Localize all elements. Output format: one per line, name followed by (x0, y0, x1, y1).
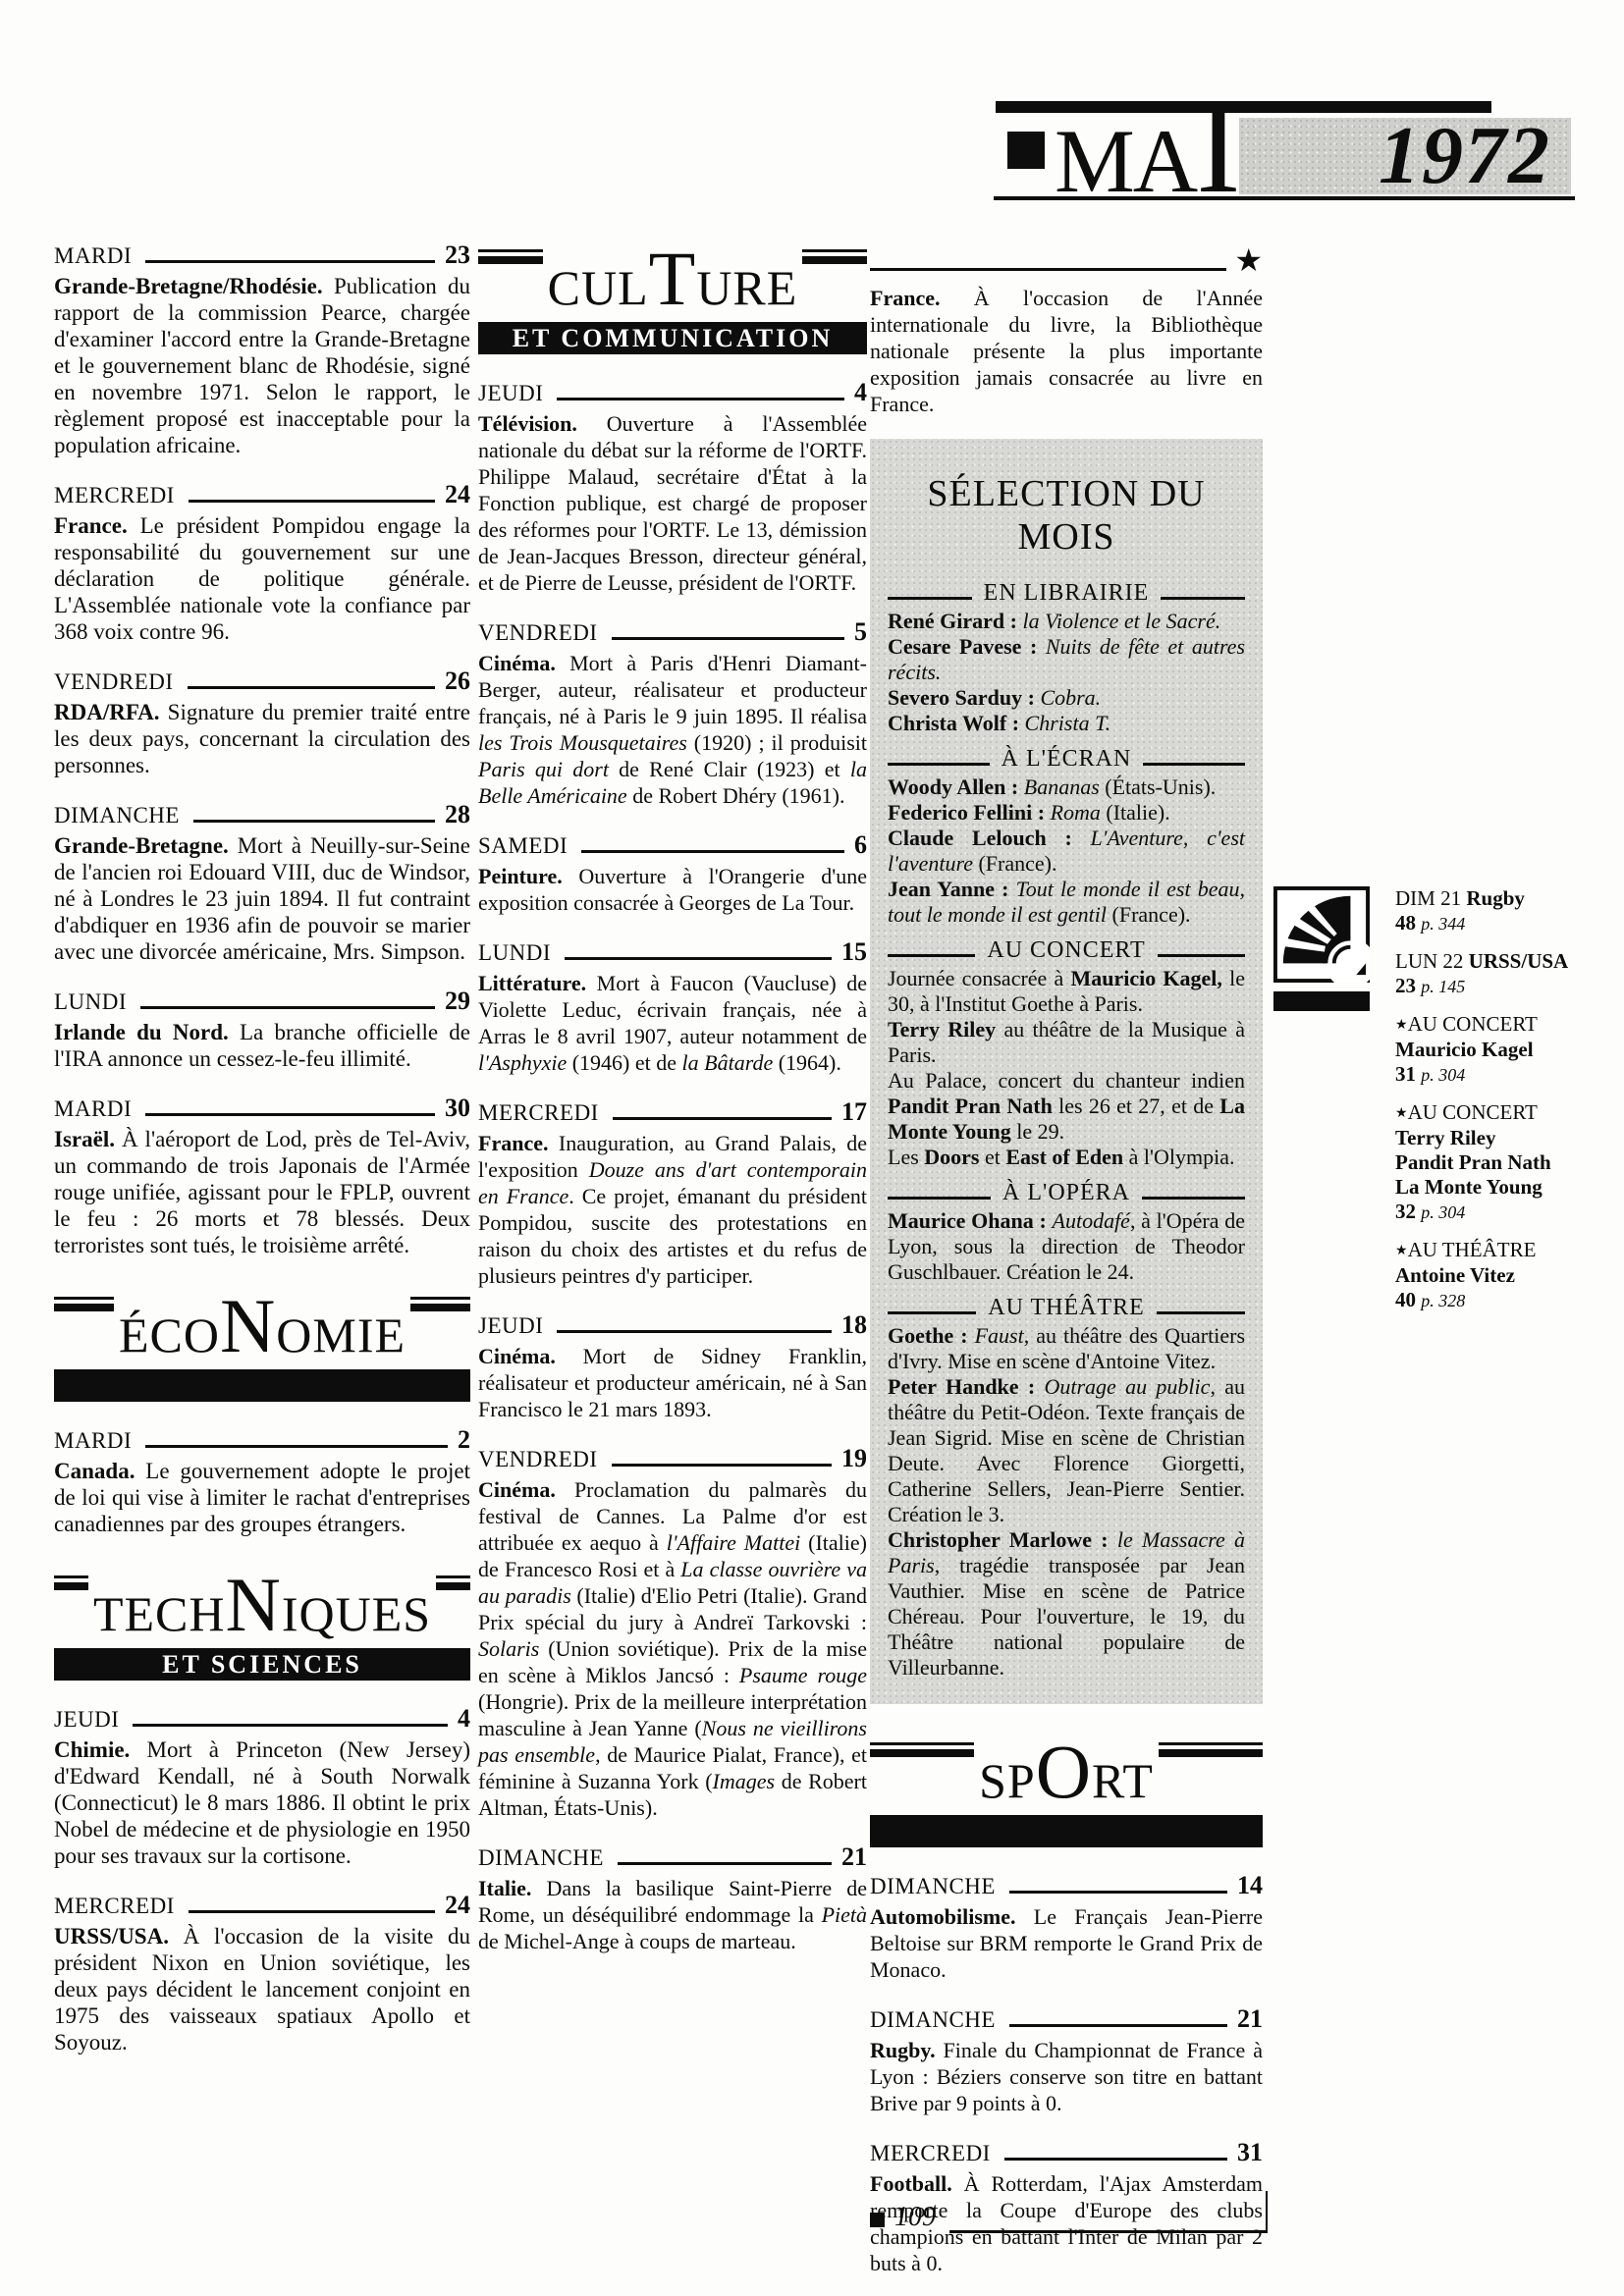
day-rule (145, 1445, 448, 1448)
selection-group-rule-right (1161, 597, 1245, 600)
month-title: MAI (1055, 147, 1241, 187)
day-name: MARDI (54, 243, 132, 269)
section-title-post: IQUES (282, 1586, 431, 1641)
highlight-entry-header: ★ (870, 243, 1263, 277)
day-rule (1004, 2158, 1227, 2161)
day-name: DIMANCHE (478, 1845, 604, 1871)
day-number: 31 (1237, 2138, 1263, 2167)
day-rule (189, 500, 435, 503)
selection-group-heading: À L'OPÉRA (888, 1180, 1245, 1206)
day-entry-header: MERCREDI31 (870, 2138, 1263, 2167)
day-name: DIMANCHE (870, 1874, 996, 1899)
day-entry-header: VENDREDI19 (478, 1444, 867, 1473)
month-title-big-letter: I (1196, 74, 1240, 221)
selection-item: Maurice Ohana : Autodafé, à l'Opéra de L… (888, 1208, 1245, 1285)
day-entry: JEUDI18Cinéma. Mort de Sidney Franklin, … (478, 1310, 867, 1422)
selection-group-label: À L'OPÉRA (1002, 1180, 1130, 1206)
margin-sidebar: DIM 21 Rugby48 p. 344LUN 22 URSS/USA23 p… (1273, 886, 1617, 1011)
day-rule (557, 1330, 832, 1333)
selection-item: Terry Riley au théâtre de la Musique à P… (888, 1017, 1245, 1068)
day-rule (1009, 1891, 1227, 1894)
entry-text: Littérature. Mort à Faucon (Vaucluse) de… (478, 970, 867, 1076)
day-entry: VENDREDI26RDA/RFA. Signature du premier … (54, 667, 470, 778)
selection-group-label: EN LIBRAIRIE (984, 580, 1150, 607)
column-middle: CULTUREET COMMUNICATIONJEUDI4Télévision.… (478, 240, 867, 1976)
section-title-pre: SP (979, 1753, 1036, 1808)
day-entry-header: MERCREDI17 (478, 1097, 867, 1127)
selection-group-rule-left (888, 1311, 976, 1314)
cross-reference-line: ★AU THÉÂTRE (1395, 1238, 1617, 1263)
cross-reference-line: DIM 21 Rugby (1395, 886, 1617, 911)
day-entry: LUNDI29Irlande du Nord. La branche offic… (54, 987, 470, 1072)
day-rule (581, 850, 844, 853)
section-rule-left (870, 1742, 974, 1759)
day-entry-header: LUNDI29 (54, 987, 470, 1016)
day-entry-header: JEUDI4 (478, 378, 867, 407)
entry-text: Grande-Bretagne. Mort à Neuilly-sur-Sein… (54, 832, 470, 965)
entry-text: Canada. Le gouvernement adopte le projet… (54, 1458, 470, 1537)
day-rule (145, 260, 435, 263)
day-name: VENDREDI (478, 620, 598, 646)
selection-item: René Girard : la Violence et le Sacré. (888, 609, 1245, 634)
day-rule (140, 1006, 435, 1009)
day-entry-header: MARDI2 (54, 1425, 470, 1455)
day-rule (612, 637, 844, 640)
entry-text: France. Inauguration, au Grand Palais, d… (478, 1130, 867, 1289)
day-entry: JEUDI4Télévision. Ouverture à l'Assemblé… (478, 378, 867, 596)
page-header: MAI 1972 (994, 84, 1575, 200)
black-square-icon (1007, 132, 1045, 169)
entry-text: Cinéma. Mort à Paris d'Henri Diamant-Ber… (478, 650, 867, 809)
section-rule-right (436, 1575, 470, 1592)
day-number: 17 (841, 1097, 867, 1127)
day-number: 21 (841, 1842, 867, 1872)
day-rule (189, 1910, 435, 1913)
selection-group-heading: EN LIBRAIRIE (888, 580, 1245, 607)
entry-text: Italie. Dans la basilique Saint-Pierre d… (478, 1875, 867, 1954)
section-subtitle-bar (870, 1815, 1263, 1847)
entry-text: Rugby. Finale du Championnat de France à… (870, 2037, 1263, 2116)
section-title-post: RT (1092, 1753, 1154, 1808)
day-entry: MERCREDI24France. Le président Pompidou … (54, 480, 470, 645)
year-badge: 1972 (1239, 118, 1571, 194)
selection-group-rule-left (888, 597, 972, 600)
entry-text: Irlande du Nord. La branche officielle d… (54, 1019, 470, 1072)
stadium-photo-thumbnail-icon (1273, 886, 1370, 983)
section-title: SPORT (979, 1734, 1154, 1810)
section-title-big-letter: N (226, 1562, 282, 1647)
column-right: ★France. À l'occasion de l'Année interna… (870, 243, 1263, 2296)
day-rule (133, 1724, 448, 1727)
entry-text: Grande-Bretagne/Rhodésie. Publication du… (54, 273, 470, 458)
selection-item: Cesare Pavese : Nuits de fête et autres … (888, 634, 1245, 685)
cross-reference-line: ★AU CONCERT (1395, 1100, 1617, 1126)
selection-item: Journée consacrée à Mauricio Kagel, le 3… (888, 966, 1245, 1017)
selection-group-rule-right (1157, 1311, 1245, 1314)
selection-item: Claude Lelouch : L'Aventure, c'est l'ave… (888, 826, 1245, 877)
day-entry-header: DIMANCHE21 (478, 1842, 867, 1872)
day-number: 5 (854, 617, 867, 647)
day-entry-header: MARDI23 (54, 240, 470, 270)
day-entry: MARDI2Canada. Le gouvernement adopte le … (54, 1425, 470, 1537)
section-header: ÉCONOMIE (54, 1288, 470, 1402)
section-rule-left (54, 1297, 114, 1313)
day-entry: MARDI30Israël. À l'aéroport de Lod, près… (54, 1094, 470, 1258)
cross-reference-line: Pandit Pran Nath (1395, 1150, 1617, 1175)
entry-text: Peinture. Ouverture à l'Orangerie d'une … (478, 863, 867, 916)
selection-group-rule-left (888, 763, 990, 766)
footer-rule (949, 2191, 1268, 2233)
day-entry: DIMANCHE21Italie. Dans la basilique Sain… (478, 1842, 867, 1954)
day-name: SAMEDI (478, 833, 568, 859)
section-subtitle-bar (54, 1369, 470, 1402)
selection-group-rule-left (888, 954, 975, 957)
cross-reference-line: 48 p. 344 (1395, 911, 1617, 936)
section-rule-left (478, 249, 543, 266)
section-title-pre: CUL (548, 260, 649, 315)
day-entry: MERCREDI24URSS/USA. À l'occasion de la v… (54, 1891, 470, 2056)
cross-reference-line: Mauricio Kagel (1395, 1038, 1617, 1062)
section-title: CULTURE (548, 240, 798, 317)
entry-text: Israël. À l'aéroport de Lod, près de Tel… (54, 1126, 470, 1258)
day-number: 29 (445, 987, 470, 1016)
day-name: JEUDI (54, 1707, 119, 1733)
day-entry-header: JEUDI4 (54, 1704, 470, 1734)
day-name: LUNDI (54, 989, 127, 1015)
cross-reference-item: ★AU CONCERTMauricio Kagel31 p. 304 (1395, 1012, 1617, 1088)
section-rule-right (1159, 1742, 1263, 1759)
day-entry-header: DIMANCHE14 (870, 1871, 1263, 1900)
day-entry: VENDREDI5Cinéma. Mort à Paris d'Henri Di… (478, 617, 867, 809)
day-name: MARDI (54, 1096, 132, 1122)
day-rule (1009, 2024, 1227, 2027)
day-number: 24 (445, 480, 470, 509)
section-title: ÉCONOMIE (119, 1288, 406, 1364)
section-subtitle-bar: ET SCIENCES (54, 1648, 470, 1681)
highlight-rule (870, 268, 1226, 271)
selection-group-heading: AU CONCERT (888, 937, 1245, 964)
cross-reference-item: ★AU CONCERTTerry RileyPandit Pran NathLa… (1395, 1100, 1617, 1225)
month-title-text: MA (1055, 111, 1196, 211)
day-number: 24 (445, 1891, 470, 1920)
section-subtitle-bar: ET COMMUNICATION (478, 322, 867, 354)
day-number: 14 (1237, 1871, 1263, 1900)
day-entry-header: JEUDI18 (478, 1310, 867, 1340)
day-name: MERCREDI (54, 1894, 175, 1919)
entry-text: Automobilisme. Le Français Jean-Pierre B… (870, 1903, 1263, 1983)
selection-group-rule-right (1158, 954, 1245, 957)
cross-reference-line: Terry Riley (1395, 1126, 1617, 1150)
day-entry-header: VENDREDI26 (54, 667, 470, 696)
day-rule (612, 1464, 832, 1467)
black-square-icon (870, 2213, 885, 2227)
day-rule (618, 1862, 832, 1865)
day-number: 19 (841, 1444, 867, 1473)
section-header: TECHNIQUESET SCIENCES (54, 1567, 470, 1681)
entry-text: France. À l'occasion de l'Année internat… (870, 285, 1263, 417)
cross-reference-line: 32 p. 304 (1395, 1200, 1617, 1225)
selection-group-rule-right (1142, 1197, 1245, 1200)
selection-item: Les Doors et East of Eden à l'Olympia. (888, 1145, 1245, 1170)
selection-item: Christopher Marlowe : le Massacre à Pari… (888, 1527, 1245, 1681)
day-name: DIMANCHE (870, 2007, 996, 2033)
selection-group-label: AU THÉÂTRE (988, 1295, 1145, 1321)
day-entry: DIMANCHE28Grande-Bretagne. Mort à Neuill… (54, 800, 470, 965)
section-rule-right (410, 1297, 470, 1313)
day-entry-header: MERCREDI24 (54, 480, 470, 509)
day-name: VENDREDI (54, 669, 174, 695)
entry-text: France. Le président Pompidou engage la … (54, 512, 470, 645)
section-title-big-letter: T (649, 236, 697, 321)
day-name: LUNDI (478, 940, 551, 966)
day-name: MERCREDI (478, 1100, 599, 1126)
cross-reference-line: La Monte Young (1395, 1175, 1617, 1200)
day-entry: DIMANCHE21Rugby. Finale du Championnat d… (870, 2004, 1263, 2116)
selection-item: Peter Handke : Outrage au public, au thé… (888, 1374, 1245, 1527)
section-title-pre: TECH (93, 1586, 226, 1641)
day-rule (145, 1113, 435, 1116)
day-entry: SAMEDI6Peinture. Ouverture à l'Orangerie… (478, 830, 867, 916)
day-rule (188, 686, 435, 689)
day-entry-header: MARDI30 (54, 1094, 470, 1123)
section-title-post: OMIE (276, 1308, 406, 1362)
day-name: JEUDI (478, 1313, 543, 1339)
cross-reference-line: Antoine Vitez (1395, 1263, 1617, 1288)
day-rule (193, 820, 435, 823)
selection-group-rule-right (1143, 763, 1245, 766)
star-icon: ★ (1234, 243, 1263, 277)
day-number: 4 (458, 1704, 470, 1734)
page-footer: 109 (870, 2191, 1268, 2233)
selection-group-heading: AU THÉÂTRE (888, 1295, 1245, 1321)
cross-reference-line: 23 p. 145 (1395, 974, 1617, 999)
selection-item: Au Palace, concert du chanteur indien Pa… (888, 1068, 1245, 1145)
selection-item: Federico Fellini : Roma (Italie). (888, 800, 1245, 826)
day-number: 4 (854, 378, 867, 407)
day-entry-header: MERCREDI24 (54, 1891, 470, 1920)
sidebar-black-bar (1273, 991, 1370, 1011)
day-entry-header: DIMANCHE28 (54, 800, 470, 829)
day-number: 21 (1237, 2004, 1263, 2034)
cross-reference-line: LUN 22 URSS/USA (1395, 949, 1617, 974)
selection-item: Severo Sarduy : Cobra. (888, 685, 1245, 711)
entry-text: URSS/USA. À l'occasion de la visite du p… (54, 1923, 470, 2056)
day-entry: JEUDI4Chimie. Mort à Princeton (New Jers… (54, 1704, 470, 1869)
day-rule (565, 957, 832, 960)
cross-reference-item: DIM 21 Rugby48 p. 344 (1395, 886, 1617, 936)
day-number: 26 (445, 667, 470, 696)
column-left: MARDI23Grande-Bretagne/Rhodésie. Publica… (54, 240, 470, 2077)
entry-text: RDA/RFA. Signature du premier traité ent… (54, 699, 470, 778)
selection-group-label: AU CONCERT (987, 937, 1145, 964)
selection-group-heading: À L'ÉCRAN (888, 746, 1245, 773)
day-entry-header: SAMEDI6 (478, 830, 867, 860)
cross-reference-line: ★AU CONCERT (1395, 1012, 1617, 1038)
selection-item: Goethe : Faust, au théâtre des Quartiers… (888, 1323, 1245, 1374)
section-rule-right (802, 249, 867, 266)
cross-reference-item: ★AU THÉÂTREAntoine Vitez40 p. 328 (1395, 1238, 1617, 1313)
day-entry-header: LUNDI15 (478, 937, 867, 967)
selection-item: Woody Allen : Bananas (États-Unis). (888, 774, 1245, 800)
cross-reference-item: LUN 22 URSS/USA23 p. 145 (1395, 949, 1617, 999)
section-title-big-letter: N (220, 1283, 276, 1368)
entry-text: Chimie. Mort à Princeton (New Jersey) d'… (54, 1736, 470, 1869)
day-entry: MERCREDI17France. Inauguration, au Grand… (478, 1097, 867, 1289)
day-entry-header: VENDREDI5 (478, 617, 867, 647)
selection-box: SÉLECTION DU MOISEN LIBRAIRIERené Girard… (870, 439, 1263, 1704)
day-name: VENDREDI (478, 1447, 598, 1472)
selection-item: Jean Yanne : Tout le monde il est beau, … (888, 877, 1245, 928)
day-entry: LUNDI15Littérature. Mort à Faucon (Vaucl… (478, 937, 867, 1076)
day-entry: DIMANCHE14Automobilisme. Le Français Jea… (870, 1871, 1263, 1983)
cross-reference-line: 31 p. 304 (1395, 1062, 1617, 1088)
cross-references: DIM 21 Rugby48 p. 344LUN 22 URSS/USA23 p… (1395, 886, 1617, 1326)
day-number: 6 (854, 830, 867, 860)
selection-title: SÉLECTION DU MOIS (888, 472, 1245, 559)
day-number: 18 (841, 1310, 867, 1340)
day-number: 15 (841, 937, 867, 967)
day-name: MERCREDI (54, 483, 175, 508)
day-entry: MARDI23Grande-Bretagne/Rhodésie. Publica… (54, 240, 470, 458)
section-title-pre: ÉCO (119, 1308, 220, 1362)
selection-item: Christa Wolf : Christa T. (888, 711, 1245, 736)
section-title: TECHNIQUES (93, 1567, 431, 1643)
day-name: MERCREDI (870, 2141, 991, 2166)
entry-text: Télévision. Ouverture à l'Assemblée nati… (478, 410, 867, 596)
day-name: MARDI (54, 1428, 132, 1454)
page-number: 109 (894, 2203, 936, 2233)
year-text: 1972 (1379, 115, 1551, 197)
day-name: DIMANCHE (54, 803, 180, 828)
section-title-post: URE (696, 260, 797, 315)
day-number: 23 (445, 240, 470, 270)
entry-text: Cinéma. Mort de Sidney Franklin, réalisa… (478, 1343, 867, 1422)
cross-reference-line: 40 p. 328 (1395, 1288, 1617, 1313)
section-header: CULTUREET COMMUNICATION (478, 240, 867, 354)
selection-group-label: À L'ÉCRAN (1001, 746, 1132, 773)
day-entry: VENDREDI19Cinéma. Proclamation du palmar… (478, 1444, 867, 1821)
day-number: 30 (445, 1094, 470, 1123)
section-rule-left (54, 1575, 88, 1592)
highlight-entry: ★France. À l'occasion de l'Année interna… (870, 243, 1263, 417)
section-title-big-letter: O (1036, 1729, 1092, 1814)
day-number: 2 (458, 1425, 470, 1455)
entry-text: Cinéma. Proclamation du palmarès du fest… (478, 1476, 867, 1821)
day-name: JEUDI (478, 381, 543, 406)
selection-group-rule-left (888, 1197, 991, 1200)
section-header: SPORT (870, 1734, 1263, 1847)
day-number: 28 (445, 800, 470, 829)
day-rule (613, 1117, 832, 1120)
day-entry-header: DIMANCHE21 (870, 2004, 1263, 2034)
day-rule (557, 398, 844, 400)
